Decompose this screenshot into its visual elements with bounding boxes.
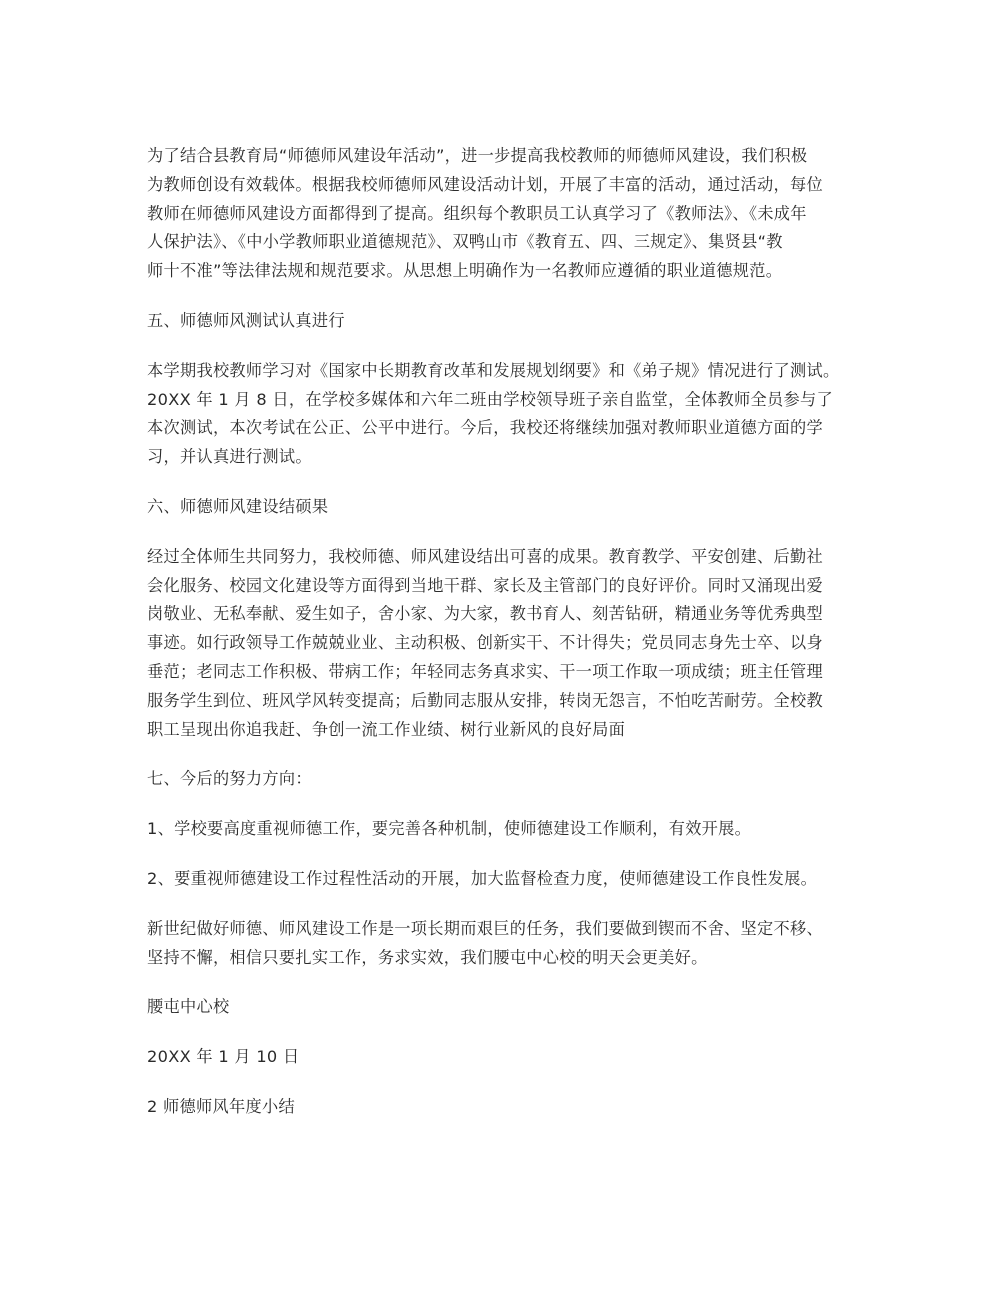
text-line: 会化服务、校园文化建设等方面得到当地干群、家长及主管部门的良好评价。同时又涌现出… (147, 572, 867, 601)
text-line: 职工呈现出你追我赶、争创一流工作业绩、树行业新风的良好局面 (147, 716, 867, 745)
text-line: 经过全体师生共同努力，我校师德、师风建设结出可喜的成果。教育教学、平安创建、后勤… (147, 543, 867, 572)
text-line: 为了结合县教育局“师德师风建设年活动”，进一步提高我校教师的师德师风建设，我们积… (147, 142, 867, 171)
next-section-title: 2 师德师风年度小结 (147, 1093, 867, 1122)
signature: 腰屯中心校 (147, 993, 867, 1022)
heading-text: 五、师德师风测试认真进行 (147, 307, 867, 336)
text-line: 垂范；老同志工作积极、带病工作；年轻同志务真求实、干一项工作取一项成绩；班主任管… (147, 658, 867, 687)
text-line: 本学期我校教师学习对《国家中长期教育改革和发展规划纲要》和《弟子规》情况进行了测… (147, 357, 867, 386)
intro-paragraph: 为了结合县教育局“师德师风建设年活动”，进一步提高我校教师的师德师风建设，我们积… (147, 142, 867, 286)
section-heading-5: 五、师德师风测试认真进行 (147, 307, 867, 336)
document-page: 为了结合县教育局“师德师风建设年活动”，进一步提高我校教师的师德师风建设，我们积… (147, 142, 867, 1143)
text-line: 本次测试，本次考试在公正、公平中进行。今后，我校还将继续加强对教师职业道德方面的… (147, 414, 867, 443)
text-line: 2、要重视师德建设工作过程性活动的开展，加大监督检查力度，使师德建设工作良性发展… (147, 865, 867, 894)
text-line: 为教师创设有效载体。根据我校师德师风建设活动计划，开展了丰富的活动，通过活动，每… (147, 171, 867, 200)
text-line: 事迹。如行政领导工作兢兢业业、主动积极、创新实干、不计得失；党员同志身先士卒、以… (147, 629, 867, 658)
list-item-2: 2、要重视师德建设工作过程性活动的开展，加大监督检查力度，使师德建设工作良性发展… (147, 865, 867, 894)
testing-paragraph: 本学期我校教师学习对《国家中长期教育改革和发展规划纲要》和《弟子规》情况进行了测… (147, 357, 867, 472)
section-heading-6: 六、师德师风建设结硕果 (147, 493, 867, 522)
text-line: 新世纪做好师德、师风建设工作是一项长期而艰巨的任务，我们要做到锲而不舍、坚定不移… (147, 915, 867, 944)
date: 20XX 年 1 月 10 日 (147, 1043, 867, 1072)
text-line: 习，并认真进行测试。 (147, 443, 867, 472)
text-line: 教师在师德师风建设方面都得到了提高。组织每个教职员工认真学习了《教师法》、《未成… (147, 200, 867, 229)
heading-text: 六、师德师风建设结硕果 (147, 493, 867, 522)
signature-text: 腰屯中心校 (147, 993, 867, 1022)
text-line: 师十不准”等法律法规和规范要求。从思想上明确作为一名教师应遵循的职业道德规范。 (147, 257, 867, 286)
heading-text: 七、今后的努力方向： (147, 765, 867, 794)
text-line: 岗敬业、无私奉献、爱生如子，舍小家、为大家，教书育人、刻苦钻研，精通业务等优秀典… (147, 600, 867, 629)
heading-text: 2 师德师风年度小结 (147, 1093, 867, 1122)
results-paragraph: 经过全体师生共同努力，我校师德、师风建设结出可喜的成果。教育教学、平安创建、后勤… (147, 543, 867, 745)
text-line: 服务学生到位、班风学风转变提高；后勤同志服从安排，转岗无怨言，不怕吃苦耐劳。全校… (147, 687, 867, 716)
list-item-1: 1、学校要高度重视师德工作，要完善各种机制，使师德建设工作顺利，有效开展。 (147, 815, 867, 844)
text-line: 1、学校要高度重视师德工作，要完善各种机制，使师德建设工作顺利，有效开展。 (147, 815, 867, 844)
section-heading-7: 七、今后的努力方向： (147, 765, 867, 794)
text-line: 人保护法》、《中小学教师职业道德规范》、双鸭山市《教育五、四、三规定》、集贤县“… (147, 228, 867, 257)
text-line: 20XX 年 1 月 8 日，在学校多媒体和六年二班由学校领导班子亲自监堂，全体… (147, 386, 867, 415)
closing-paragraph: 新世纪做好师德、师风建设工作是一项长期而艰巨的任务，我们要做到锲而不舍、坚定不移… (147, 915, 867, 973)
date-text: 20XX 年 1 月 10 日 (147, 1043, 867, 1072)
text-line: 坚持不懈，相信只要扎实工作，务求实效，我们腰屯中心校的明天会更美好。 (147, 944, 867, 973)
